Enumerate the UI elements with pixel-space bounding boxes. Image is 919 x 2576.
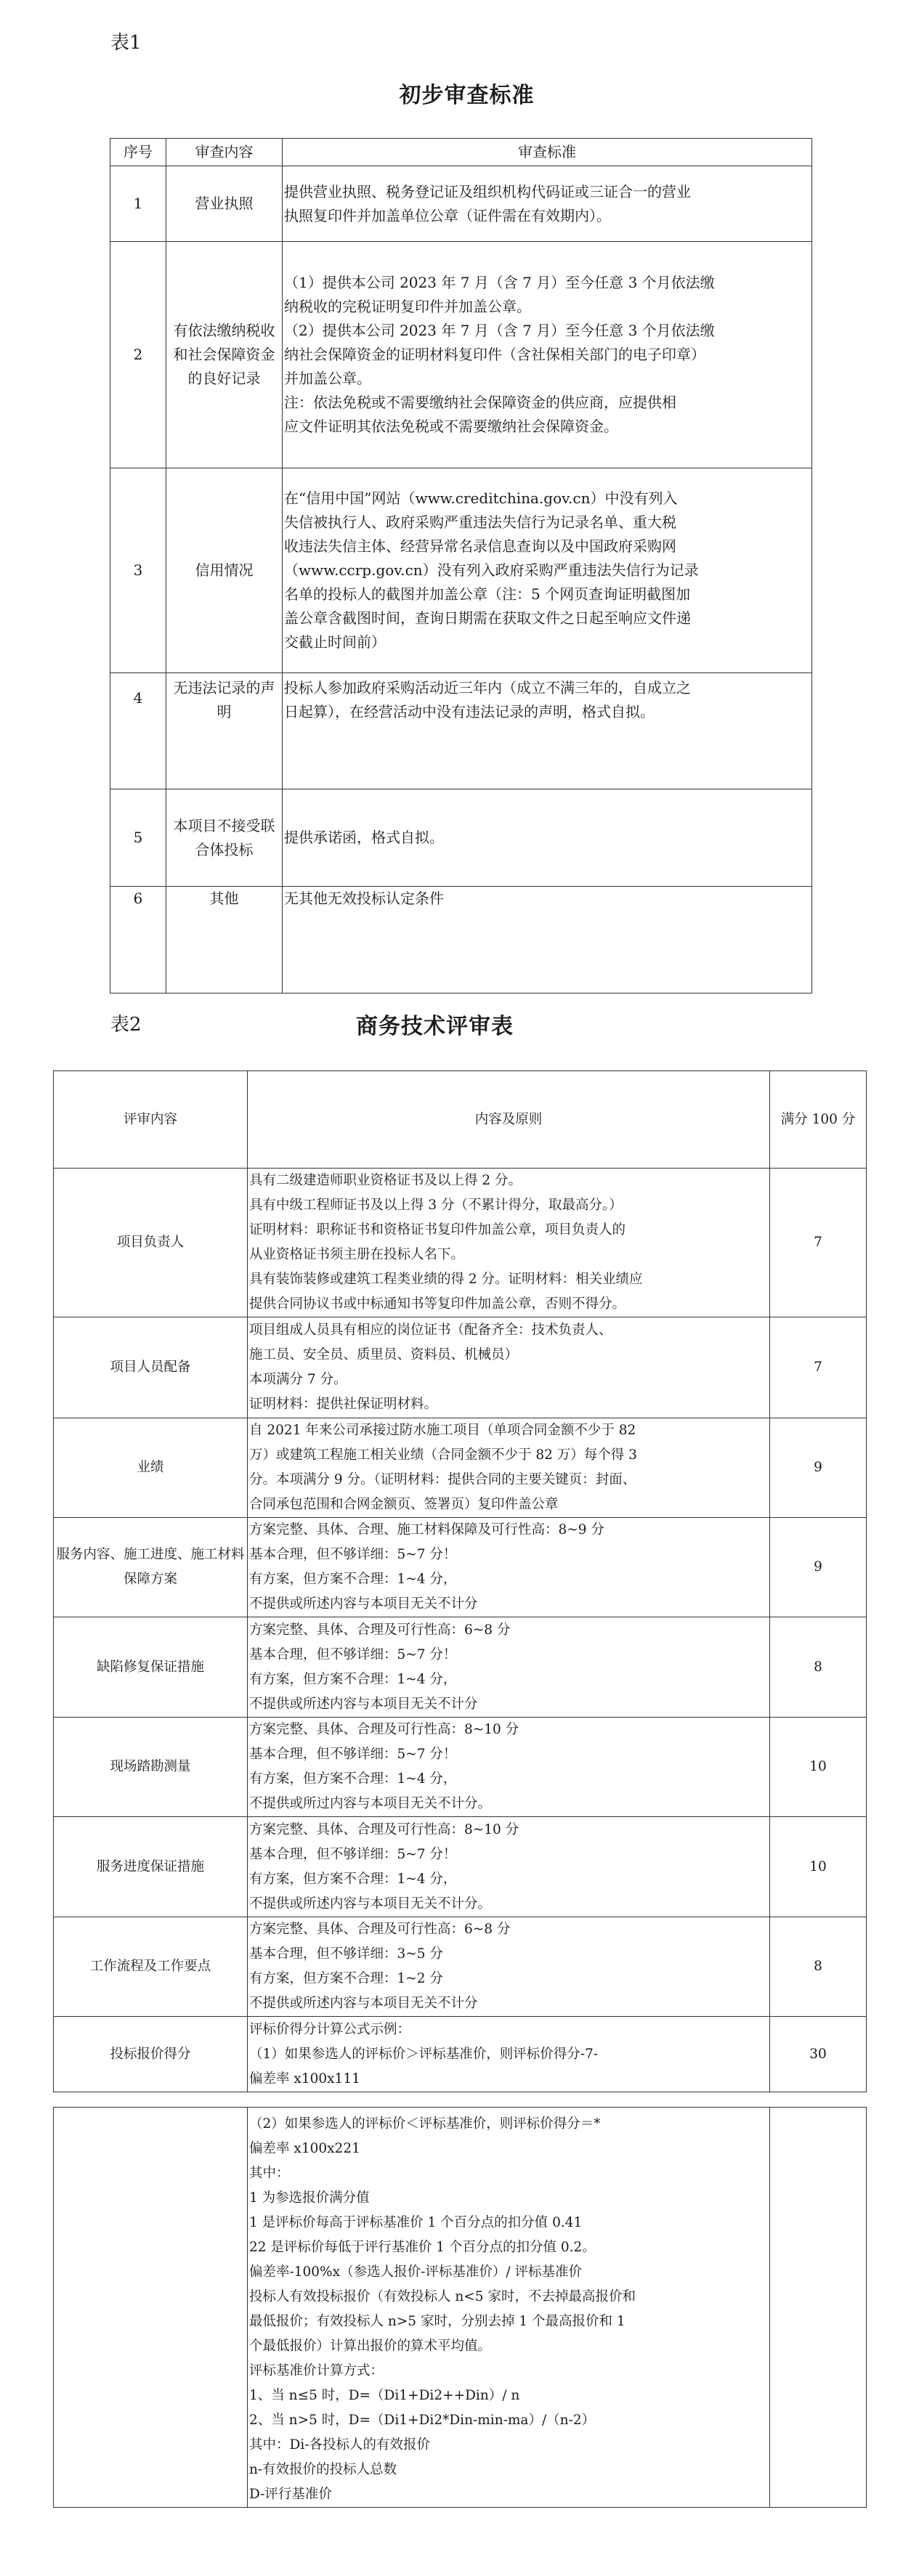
criteria-line: 无其他无效投标认定条件 — [284, 887, 810, 911]
criteria-line: （1）提供本公司 2023 年 7 月（含 7 月）至今任意 3 个月依法缴 — [284, 271, 810, 295]
criteria-line: 在“信用中国”网站（www.creditchina.gov.cn）中没有列入 — [284, 487, 810, 511]
row-score: 7 — [770, 1169, 867, 1317]
content-line: 基本合理，但不够详细：5~7 分！ — [249, 1643, 768, 1667]
content-line: （2）如果参选人的评标价＜评标基准价，则评标价得分＝* — [249, 2112, 768, 2137]
row-criteria: 无其他无效投标认定条件 — [283, 887, 812, 994]
row-criteria: 提供承诺函，格式自拟。 — [283, 789, 812, 887]
criteria-line: 纳社会保障资金的证明材料复印件（含社保相关部门的电子印章） — [284, 343, 810, 367]
content-line: 有方案，但方案不合理：1~4 分， — [249, 1567, 768, 1592]
content-line: 有方案，但方案不合理：1~2 分 — [249, 1967, 768, 1991]
content-line: 具有装饰装修或建筑工程类业绩的得 2 分。证明材料：相关业绩应 — [249, 1267, 768, 1292]
content-line: 评标基准价计算方式： — [249, 2359, 768, 2384]
row-content: 自 2021 年来公司承接过防水施工项目（单项合同金额不少于 82 万）或建筑工… — [248, 1418, 770, 1518]
table-row: 5 本项目不接受联合体投标 提供承诺函，格式自拟。 — [110, 789, 812, 887]
row-no: 3 — [110, 468, 166, 673]
table-row: 项目人员配备 项目组成人员具有相应的岗位证书（配备齐全：技术负责人、 施工员、安… — [54, 1317, 867, 1418]
content-line: 22 是评标价每低于评行基准价 1 个百分点的扣分值 0.2。 — [249, 2235, 768, 2260]
content-line: 本项满分 7 分。 — [249, 1368, 768, 1392]
content-line: 1 是评标价每高于评标基准价 1 个百分点的扣分值 0.41 — [249, 2211, 768, 2235]
table-row: 2 有依法缴纳税收和社会保障资金的良好记录 （1）提供本公司 2023 年 7 … — [110, 242, 812, 468]
row-score: 30 — [770, 2017, 867, 2092]
table-row: 服务内容、施工进度、施工材料保障方案 方案完整、具体、合理、施工材料保障及可行性… — [54, 1518, 867, 1617]
row-content: 方案完整、具体、合理及可行性高：6~8 分 基本合理，但不够详细：3~5 分 有… — [248, 1917, 770, 2017]
table2-title: 商务技术评审表 — [356, 1008, 514, 1040]
row-no: 6 — [110, 887, 166, 994]
row-criteria: 提供营业执照、税务登记证及组织机构代码证或三证合一的营业 执照复印件并加盖单位公… — [283, 166, 812, 242]
content-line: 基本合理，但不够详细：5~7 分！ — [249, 1742, 768, 1767]
row-item: 项目负责人 — [54, 1169, 248, 1317]
row-content: 方案完整、具体、合理及可行性高：8~10 分 基本合理，但不够详细：5~7 分！… — [248, 1817, 770, 1917]
content-line: 证明材料：职称证书和资格证书复印件加盖公章，项目负责人的 — [249, 1218, 768, 1243]
criteria-line: （www.ccrp.gov.cn）没有列入政府采购严重违法失信行为记录 — [284, 558, 810, 582]
row-score: 7 — [770, 1317, 867, 1418]
criteria-line: 收违法失信主体、经营异常名录信息查询以及中国政府采购网 — [284, 535, 810, 558]
header-no: 序号 — [110, 139, 166, 166]
content-line: 不提供或所述内容与本项目无关不计分 — [249, 1692, 768, 1717]
criteria-line: 执照复印件并加盖单位公章（证件需在有效期内）。 — [284, 204, 810, 228]
content-line: 方案完整、具体、合理及可行性高：8~10 分 — [249, 1818, 768, 1842]
content-line: 不提供或所述内容与本项目无关不计分 — [249, 1592, 768, 1617]
row-score: 8 — [770, 1617, 867, 1718]
table2-label: 表2 — [110, 1009, 142, 1036]
table-row: 业绩 自 2021 年来公司承接过防水施工项目（单项合同金额不少于 82 万）或… — [54, 1418, 867, 1518]
header-criteria: 审查标准 — [283, 139, 812, 166]
content-line: 基本合理，但不够详细：5~7 分！ — [249, 1842, 768, 1867]
row-item: 本项目不接受联合体投标 — [166, 789, 283, 887]
row-score: 9 — [770, 1418, 867, 1518]
table-row: 缺陷修复保证措施 方案完整、具体、合理及可行性高：6~8 分 基本合理，但不够详… — [54, 1617, 867, 1718]
content-line: 证明材料：提供社保证明材料。 — [249, 1392, 768, 1417]
row-criteria: 投标人参加政府采购活动近三年内（成立不满三年的，自成立之 日起算），在经营活动中… — [283, 673, 812, 789]
row-score: 9 — [770, 1518, 867, 1617]
row-criteria: （1）提供本公司 2023 年 7 月（含 7 月）至今任意 3 个月依法缴 纳… — [283, 242, 812, 468]
table-row: 4 无违法记录的声明 投标人参加政府采购活动近三年内（成立不满三年的，自成立之 … — [110, 673, 812, 789]
row-item: 其他 — [166, 887, 283, 994]
content-line: 具有中级工程师证书及以上得 3 分（不累计得分，取最高分。） — [249, 1193, 768, 1218]
table-header-row: 评审内容 内容及原则 满分 100 分 — [54, 1071, 867, 1169]
row-item: 投标报价得分 — [54, 2017, 248, 2092]
content-line: 偏差率-100%x（参选人报价-评标基准价）/ 评标基准价 — [249, 2260, 768, 2285]
row-content: 方案完整、具体、合理及可行性高：6~8 分 基本合理，但不够详细：5~7 分！ … — [248, 1617, 770, 1718]
content-line: 投标人有效投标报价（有效投标人 n<5 家时，不去掉最高报价和 — [249, 2285, 768, 2309]
content-line: （1）如果参选人的评标价＞评标基准价，则评标价得分-7- — [249, 2042, 768, 2067]
price-score-continuation-table: （2）如果参选人的评标价＜评标基准价，则评标价得分＝* 偏差率 x100x221… — [53, 2107, 867, 2508]
content-line: 2、当 n>5 时，D=（Di1+Di2*Din-min-ma）/（n-2） — [249, 2408, 768, 2433]
row-score: 10 — [770, 1718, 867, 1817]
row-item: 营业执照 — [166, 166, 283, 242]
row-item: 无违法记录的声明 — [166, 673, 283, 789]
criteria-line: 纳税收的完税证明复印件并加盖公章。 — [284, 295, 810, 319]
business-technical-review-table: 评审内容 内容及原则 满分 100 分 项目负责人 具有二级建造师职业资格证书及… — [53, 1070, 867, 2092]
table1-label: 表1 — [110, 28, 142, 54]
table-row: 3 信用情况 在“信用中国”网站（www.creditchina.gov.cn）… — [110, 468, 812, 673]
content-line: 不提供或所过内容与本项目无关不计分。 — [249, 1792, 768, 1816]
content-line: 方案完整、具体、合理及可行性高：6~8 分 — [249, 1618, 768, 1643]
header-item: 评审内容 — [54, 1071, 248, 1169]
criteria-line: 失信被执行人、政府采购严重违法失信行为记录名单、重大税 — [284, 511, 810, 535]
criteria-line: （2）提供本公司 2023 年 7 月（含 7 月）至今任意 3 个月依法缴 — [284, 319, 810, 343]
content-line: 有方案，但方案不合理：1~4 分， — [249, 1867, 768, 1892]
row-content: 评标价得分计算公式示例： （1）如果参选人的评标价＞评标基准价，则评标价得分-7… — [248, 2017, 770, 2092]
row-item: 缺陷修复保证措施 — [54, 1617, 248, 1718]
criteria-line: 提供营业执照、税务登记证及组织机构代码证或三证合一的营业 — [284, 180, 810, 204]
content-line: 不提供或所述内容与本项目无关不计分 — [249, 1991, 768, 2016]
row-item: 项目人员配备 — [54, 1317, 248, 1418]
content-line: 施工员、安全员、质里员、资料员、机械员） — [249, 1343, 768, 1368]
content-line: 有方案，但方案不合理：1~4 分， — [249, 1767, 768, 1792]
content-line: 不提供或所述内容与本项目无关不计分。 — [249, 1892, 768, 1917]
row-content: 方案完整、具体、合理、施工材料保障及可行性高：8~9 分 基本合理，但不够详细：… — [248, 1518, 770, 1617]
row-criteria: 在“信用中国”网站（www.creditchina.gov.cn）中没有列入 失… — [283, 468, 812, 673]
row-no: 1 — [110, 166, 166, 242]
content-line: 提供合同协议书或中标通知书等复印件加盖公章，否则不得分。 — [249, 1292, 768, 1317]
criteria-line: 名单的投标人的截图并加盖公章（注：5 个网页查询证明截图加 — [284, 582, 810, 606]
content-line: 偏差率 x100x221 — [249, 2137, 768, 2161]
table-row: 项目负责人 具有二级建造师职业资格证书及以上得 2 分。 具有中级工程师证书及以… — [54, 1169, 867, 1317]
row-item — [54, 2108, 248, 2508]
content-line: 方案完整、具体、合理及可行性高：8~10 分 — [249, 1718, 768, 1742]
criteria-line: 投标人参加政府采购活动近三年内（成立不满三年的，自成立之 — [284, 676, 810, 700]
content-line: 1 为参选报价满分值 — [249, 2186, 768, 2211]
criteria-line: 提供承诺函，格式自拟。 — [284, 826, 810, 850]
content-line: 项目组成人员具有相应的岗位证书（配备齐全：技术负责人、 — [249, 1318, 768, 1343]
table-row: 6 其他 无其他无效投标认定条件 — [110, 887, 812, 994]
table-row: （2）如果参选人的评标价＜评标基准价，则评标价得分＝* 偏差率 x100x221… — [54, 2108, 867, 2508]
criteria-line: 并加盖公章。 — [284, 367, 810, 391]
header-content: 内容及原则 — [248, 1071, 770, 1169]
row-content: 项目组成人员具有相应的岗位证书（配备齐全：技术负责人、 施工员、安全员、质里员、… — [248, 1317, 770, 1418]
row-item: 信用情况 — [166, 468, 283, 673]
table-row: 1 营业执照 提供营业执照、税务登记证及组织机构代码证或三证合一的营业 执照复印… — [110, 166, 812, 242]
content-line: 1、当 n≤5 时，D=（Di1+Di2++Din）/ n — [249, 2384, 768, 2408]
content-line: n-有效报价的投标人总数 — [249, 2458, 768, 2482]
row-content: 方案完整、具体、合理及可行性高：8~10 分 基本合理，但不够详细：5~7 分！… — [248, 1718, 770, 1817]
row-item: 有依法缴纳税收和社会保障资金的良好记录 — [166, 242, 283, 468]
row-no: 5 — [110, 789, 166, 887]
criteria-line: 日起算），在经营活动中没有违法记录的声明，格式自拟。 — [284, 700, 810, 724]
row-no: 2 — [110, 242, 166, 468]
content-line: 其中：Di-各投标人的有效报价 — [249, 2433, 768, 2458]
preliminary-review-table: 序号 审查内容 审查标准 1 营业执照 提供营业执照、税务登记证及组织机构代码证… — [110, 138, 812, 994]
content-line: 有方案，但方案不合理：1~4 分， — [249, 1667, 768, 1692]
content-line: 方案完整、具体、合理及可行性高：6~8 分 — [249, 1917, 768, 1942]
row-score: 8 — [770, 1917, 867, 2017]
content-line: 方案完整、具体、合理、施工材料保障及可行性高：8~9 分 — [249, 1518, 768, 1543]
row-content: 具有二级建造师职业资格证书及以上得 2 分。 具有中级工程师证书及以上得 3 分… — [248, 1169, 770, 1317]
row-item: 现场踏勘测量 — [54, 1718, 248, 1817]
row-item: 服务进度保证措施 — [54, 1817, 248, 1917]
content-line: 最低报价；有效投标人 n>5 家时，分别去掉 1 个最高报价和 1 — [249, 2309, 768, 2334]
table1-title: 初步审查标准 — [0, 77, 919, 109]
criteria-line: 注：依法免税或不需要缴纳社会保障资金的供应商，应提供相 — [284, 391, 810, 415]
content-line: 其中： — [249, 2161, 768, 2186]
row-score — [770, 2108, 867, 2508]
content-line: 评标价得分计算公式示例： — [249, 2018, 768, 2042]
table-row: 服务进度保证措施 方案完整、具体、合理及可行性高：8~10 分 基本合理，但不够… — [54, 1817, 867, 1917]
content-line: 基本合理，但不够详细：3~5 分 — [249, 1942, 768, 1967]
table-row: 现场踏勘测量 方案完整、具体、合理及可行性高：8~10 分 基本合理，但不够详细… — [54, 1718, 867, 1817]
content-line: 自 2021 年来公司承接过防水施工项目（单项合同金额不少于 82 — [249, 1418, 768, 1443]
row-no: 4 — [110, 673, 166, 789]
content-line: 偏差率 x100x111 — [249, 2067, 768, 2092]
content-line: 基本合理，但不够详细：5~7 分！ — [249, 1543, 768, 1567]
header-score: 满分 100 分 — [770, 1071, 867, 1169]
content-line: 分。本项满分 9 分。（证明材料：提供合同的主要关键页：封面、 — [249, 1468, 768, 1492]
table-row: 工作流程及工作要点 方案完整、具体、合理及可行性高：6~8 分 基本合理，但不够… — [54, 1917, 867, 2017]
content-line: 个最低报价）计算出报价的算术平均值。 — [249, 2334, 768, 2359]
row-content: （2）如果参选人的评标价＜评标基准价，则评标价得分＝* 偏差率 x100x221… — [248, 2108, 770, 2508]
criteria-line: 盖公章含截图时间，查询日期需在获取文件之日起至响应文件递 — [284, 606, 810, 630]
criteria-line: 交截止时间前） — [284, 630, 810, 654]
table-row: 投标报价得分 评标价得分计算公式示例： （1）如果参选人的评标价＞评标基准价，则… — [54, 2017, 867, 2092]
criteria-line: 应文件证明其依法免税或不需要缴纳社会保障资金。 — [284, 415, 810, 439]
content-line: 具有二级建造师职业资格证书及以上得 2 分。 — [249, 1169, 768, 1193]
content-line: 万）或建筑工程施工相关业绩（合同金额不少于 82 万）每个得 3 — [249, 1443, 768, 1468]
row-item: 服务内容、施工进度、施工材料保障方案 — [54, 1518, 248, 1617]
content-line: 合同承包范围和合网金额页、签署页）复印件盖公章 — [249, 1492, 768, 1517]
row-item: 业绩 — [54, 1418, 248, 1518]
header-item: 审查内容 — [166, 139, 283, 166]
table-header-row: 序号 审查内容 审查标准 — [110, 139, 812, 166]
row-item: 工作流程及工作要点 — [54, 1917, 248, 2017]
content-line: D-评行基准价 — [249, 2482, 768, 2507]
row-score: 10 — [770, 1817, 867, 1917]
content-line: 从业资格证书须主册在投标人名下。 — [249, 1243, 768, 1267]
